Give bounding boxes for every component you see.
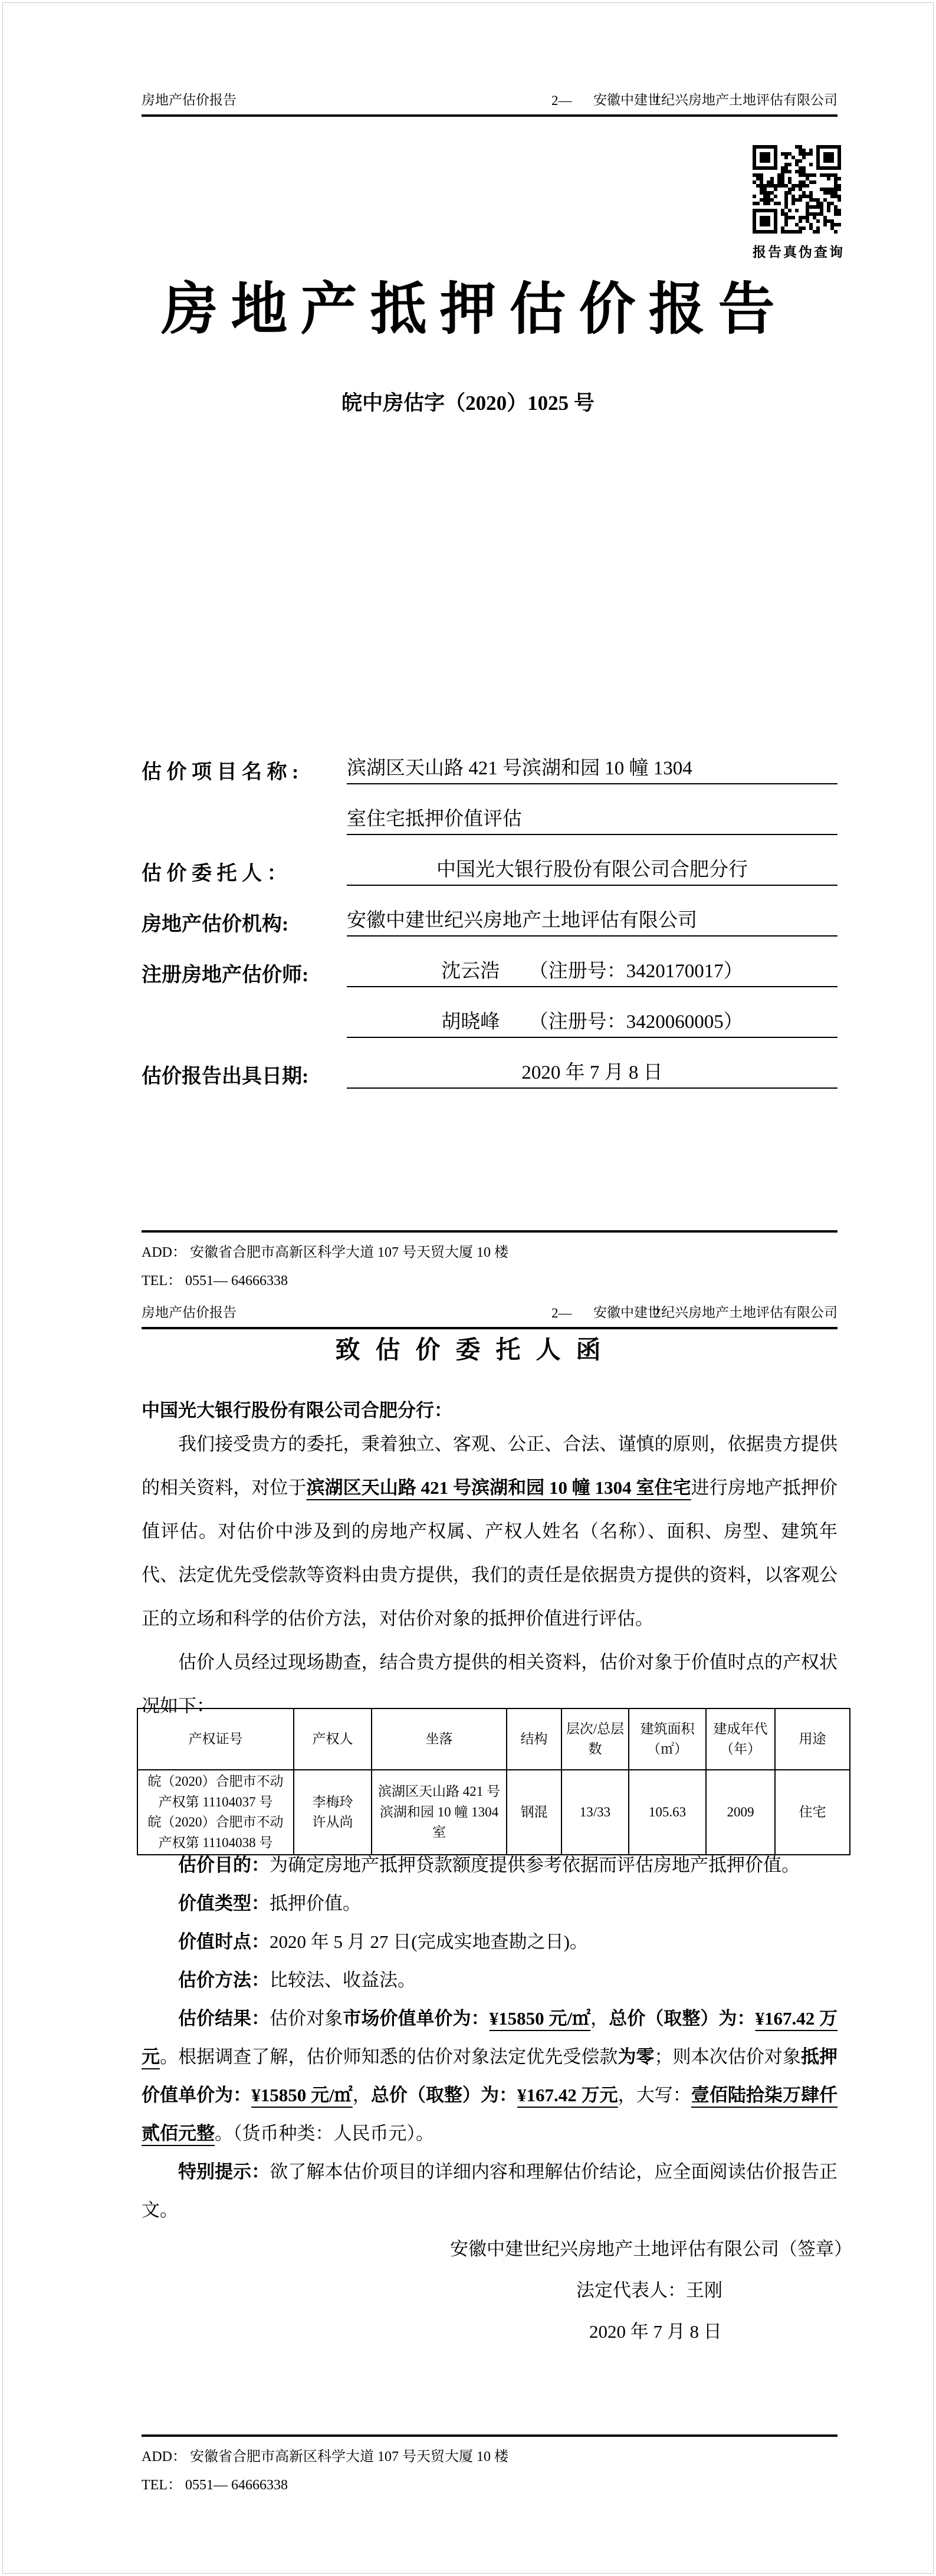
section-method: 估价方法：比较法、收益法。 [142,1961,838,1999]
footer-address: ADD： 安徽省合肥市高新区科学大道 107 号天贸大厦 10 楼 [142,1240,838,1261]
field-agency: 房地产估价机构: 安徽中建世纪兴房地产土地评估有限公司 [142,905,838,937]
cell-owner: 李梅玲 许从尚 [294,1770,372,1855]
table-header-row: 产权证号 产权人 坐落 结构 层次/总层数 建筑面积（㎡） 建成年代（年） 用途 [137,1708,850,1770]
field-label: 估 价 项 目 名 称 : [142,755,347,784]
field-project-name: 估 价 项 目 名 称 : 滨湖区天山路 421 号滨湖和园 10 幢 1304 [142,753,838,784]
page1-header: 房地产估价报告 2— 1 安徽中建世纪兴房地产土地评估有限公司 [142,87,838,117]
footer-telephone: TEL： 0551— 64666338 [142,2473,838,2493]
qr-block: 报告真伪查询 [753,145,841,261]
cover-form: 估 价 项 目 名 称 : 滨湖区天山路 421 号滨湖和园 10 幢 1304… [142,753,838,1108]
signoff-date: 2020 年 7 月 8 日 [589,2317,722,2343]
field-value: 安徽中建世纪兴房地产土地评估有限公司 [347,905,838,937]
ownership-table: 产权证号 产权人 坐落 结构 层次/总层数 建筑面积（㎡） 建成年代（年） 用途… [137,1708,850,1855]
field-label: 估 价 委 托 人 ： [142,857,347,886]
col-area: 建筑面积（㎡） [629,1708,706,1770]
field-appraiser-1: 注册房地产估价师: 沈云浩 （注册号：3420170017） [142,955,838,987]
header-company: 安徽中建世纪兴房地产土地评估有限公司 [593,89,838,109]
header-page-prefix: 2— [551,1306,572,1321]
cell-structure: 钢混 [507,1770,561,1855]
letter-salutation: 中国光大银行股份有限公司合肥分行： [142,1395,452,1422]
col-structure: 结构 [507,1708,561,1770]
field-value: 沈云浩 （注册号：3420170017） [347,955,838,987]
field-label: 房地产估价机构: [142,908,347,937]
signoff-legal-rep: 法定代表人：王刚 [576,2275,722,2302]
conclusion-sections: 估价目的：为确定房地产抵押贷款额度提供参考依据而评估房地产抵押价值。 价值类型：… [142,1846,838,2229]
letter-body: 我们接受贵方的委托，秉着独立、客观、公正、合法、谨慎的原则，依据贵方提供的相关资… [142,1422,838,1728]
field-value: 2020 年 7 月 8 日 [347,1057,838,1089]
field-label: 估价报告出具日期: [142,1060,347,1089]
header-doc-type: 房地产估价报告 [142,89,237,109]
section-value-date: 价值时点：2020 年 5 月 27 日(完成实地查勘之日)。 [142,1923,838,1961]
scanned-report-sheet: 房地产估价报告 2— 1 安徽中建世纪兴房地产土地评估有限公司 报告真伪查询 房… [0,0,936,2576]
cell-cert-no: 皖（2020）合肥市不动产权第 11104037 号 皖（2020）合肥市不动产… [137,1770,294,1855]
page2-header: 房地产估价报告 2— 2 安徽中建世纪兴房地产土地评估有限公司 [142,1300,838,1329]
section-result: 估价结果：估价对象市场价值单价为：¥15850 元/㎡，总价（取整）为：¥167… [142,1999,838,2153]
header-page-prefix: 2— [551,93,572,109]
cell-floor: 13/33 [561,1770,629,1855]
qr-caption: 报告真伪查询 [753,241,841,261]
header-company: 安徽中建世纪兴房地产土地评估有限公司 [593,1302,838,1321]
field-appraiser-2: 胡晓峰 （注册号：3420060005） [142,1006,838,1038]
section-value-type: 价值类型：抵押价值。 [142,1884,838,1923]
footer-address: ADD： 安徽省合肥市高新区科学大道 107 号天贸大厦 10 楼 [142,2444,838,2465]
page1-footer: ADD： 安徽省合肥市高新区科学大道 107 号天贸大厦 10 楼 TEL： 0… [142,1230,838,1289]
cell-location: 滨湖区天山路 421 号滨湖和园 10 幢 1304 室 [372,1770,507,1855]
col-floor: 层次/总层数 [561,1708,629,1770]
section-special: 特别提示：欲了解本估价项目的详细内容和理解估价结论，应全面阅读估价报告正文。 [142,2153,838,2229]
header-doc-type: 房地产估价报告 [142,1302,237,1321]
qr-code-icon [753,145,841,234]
field-value: 胡晓峰 （注册号：3420060005） [347,1006,838,1038]
cell-area: 105.63 [629,1770,706,1855]
col-owner: 产权人 [294,1708,372,1770]
col-year: 建成年代（年） [706,1708,775,1770]
cell-year: 2009 [706,1770,775,1855]
cell-use: 住宅 [775,1770,850,1855]
section-purpose: 估价目的：为确定房地产抵押贷款额度提供参考依据而评估房地产抵押价值。 [142,1846,838,1884]
field-project-name-line2: 室住宅抵押价值评估 [142,803,838,835]
col-use: 用途 [775,1708,850,1770]
field-label: 注册房地产估价师: [142,958,347,987]
letter-title: 致估价委托人函 [0,1330,936,1366]
footer-telephone: TEL： 0551— 64666338 [142,1269,838,1289]
field-issue-date: 估价报告出具日期: 2020 年 7 月 8 日 [142,1057,838,1089]
col-cert-no: 产权证号 [137,1708,294,1770]
col-location: 坐落 [372,1708,507,1770]
field-client: 估 价 委 托 人 ： 中国光大银行股份有限公司合肥分行 [142,854,838,886]
field-value: 中国光大银行股份有限公司合肥分行 [347,854,838,886]
report-number: 皖中房估字（2020）1025 号 [0,387,936,416]
table-row: 皖（2020）合肥市不动产权第 11104037 号 皖（2020）合肥市不动产… [137,1770,850,1855]
report-title: 房地产抵押估价报告 [0,264,936,345]
field-value: 室住宅抵押价值评估 [347,803,838,835]
page2-footer: ADD： 安徽省合肥市高新区科学大道 107 号天贸大厦 10 楼 TEL： 0… [142,2434,838,2493]
letter-paragraph-1: 我们接受贵方的委托，秉着独立、客观、公正、合法、谨慎的原则，依据贵方提供的相关资… [142,1422,838,1641]
signoff-company: 安徽中建世纪兴房地产土地评估有限公司（签章） [450,2234,852,2260]
field-value: 滨湖区天山路 421 号滨湖和园 10 幢 1304 [347,753,838,784]
